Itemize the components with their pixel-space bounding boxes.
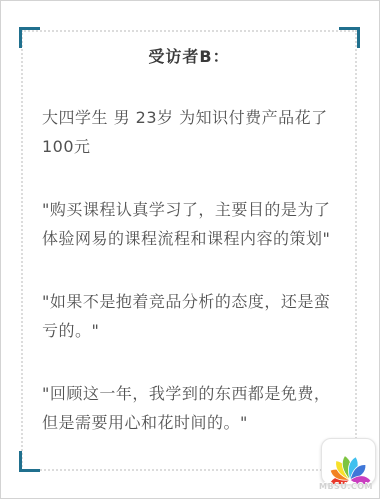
corner-bracket-top-right-icon: [339, 27, 360, 48]
watermark-badge: [321, 438, 376, 485]
quote-card: 受访者B： 大四学生 男 23岁 为知识付费产品花了100元 "购买课程认真学习…: [21, 30, 357, 471]
paragraph-profile: 大四学生 男 23岁 为知识付费产品花了100元: [42, 103, 336, 161]
watermark-site-text: MBSU.COM: [311, 482, 380, 491]
paragraph-quote-3: "回顾这一年，我学到的东西都是免费，但是需要用心和花时间的。": [42, 379, 336, 437]
paragraph-quote-2: "如果不是抱着竞品分析的态度，还是蛮亏的。": [42, 287, 336, 345]
paragraph-quote-1: "购买课程认真学习了，主要目的是为了体验网易的课程流程和课程内容的策划": [42, 195, 336, 253]
corner-bracket-bottom-left-icon: [19, 451, 40, 472]
peacock-icon: [325, 444, 373, 484]
card-body: 大四学生 男 23岁 为知识付费产品花了100元 "购买课程认真学习了，主要目的…: [23, 103, 355, 437]
card-title: 受访者B：: [23, 45, 355, 69]
article-page: 受访者B： 大四学生 男 23岁 为知识付费产品花了100元 "购买课程认真学习…: [0, 0, 380, 499]
corner-bracket-top-left-icon: [19, 27, 40, 48]
